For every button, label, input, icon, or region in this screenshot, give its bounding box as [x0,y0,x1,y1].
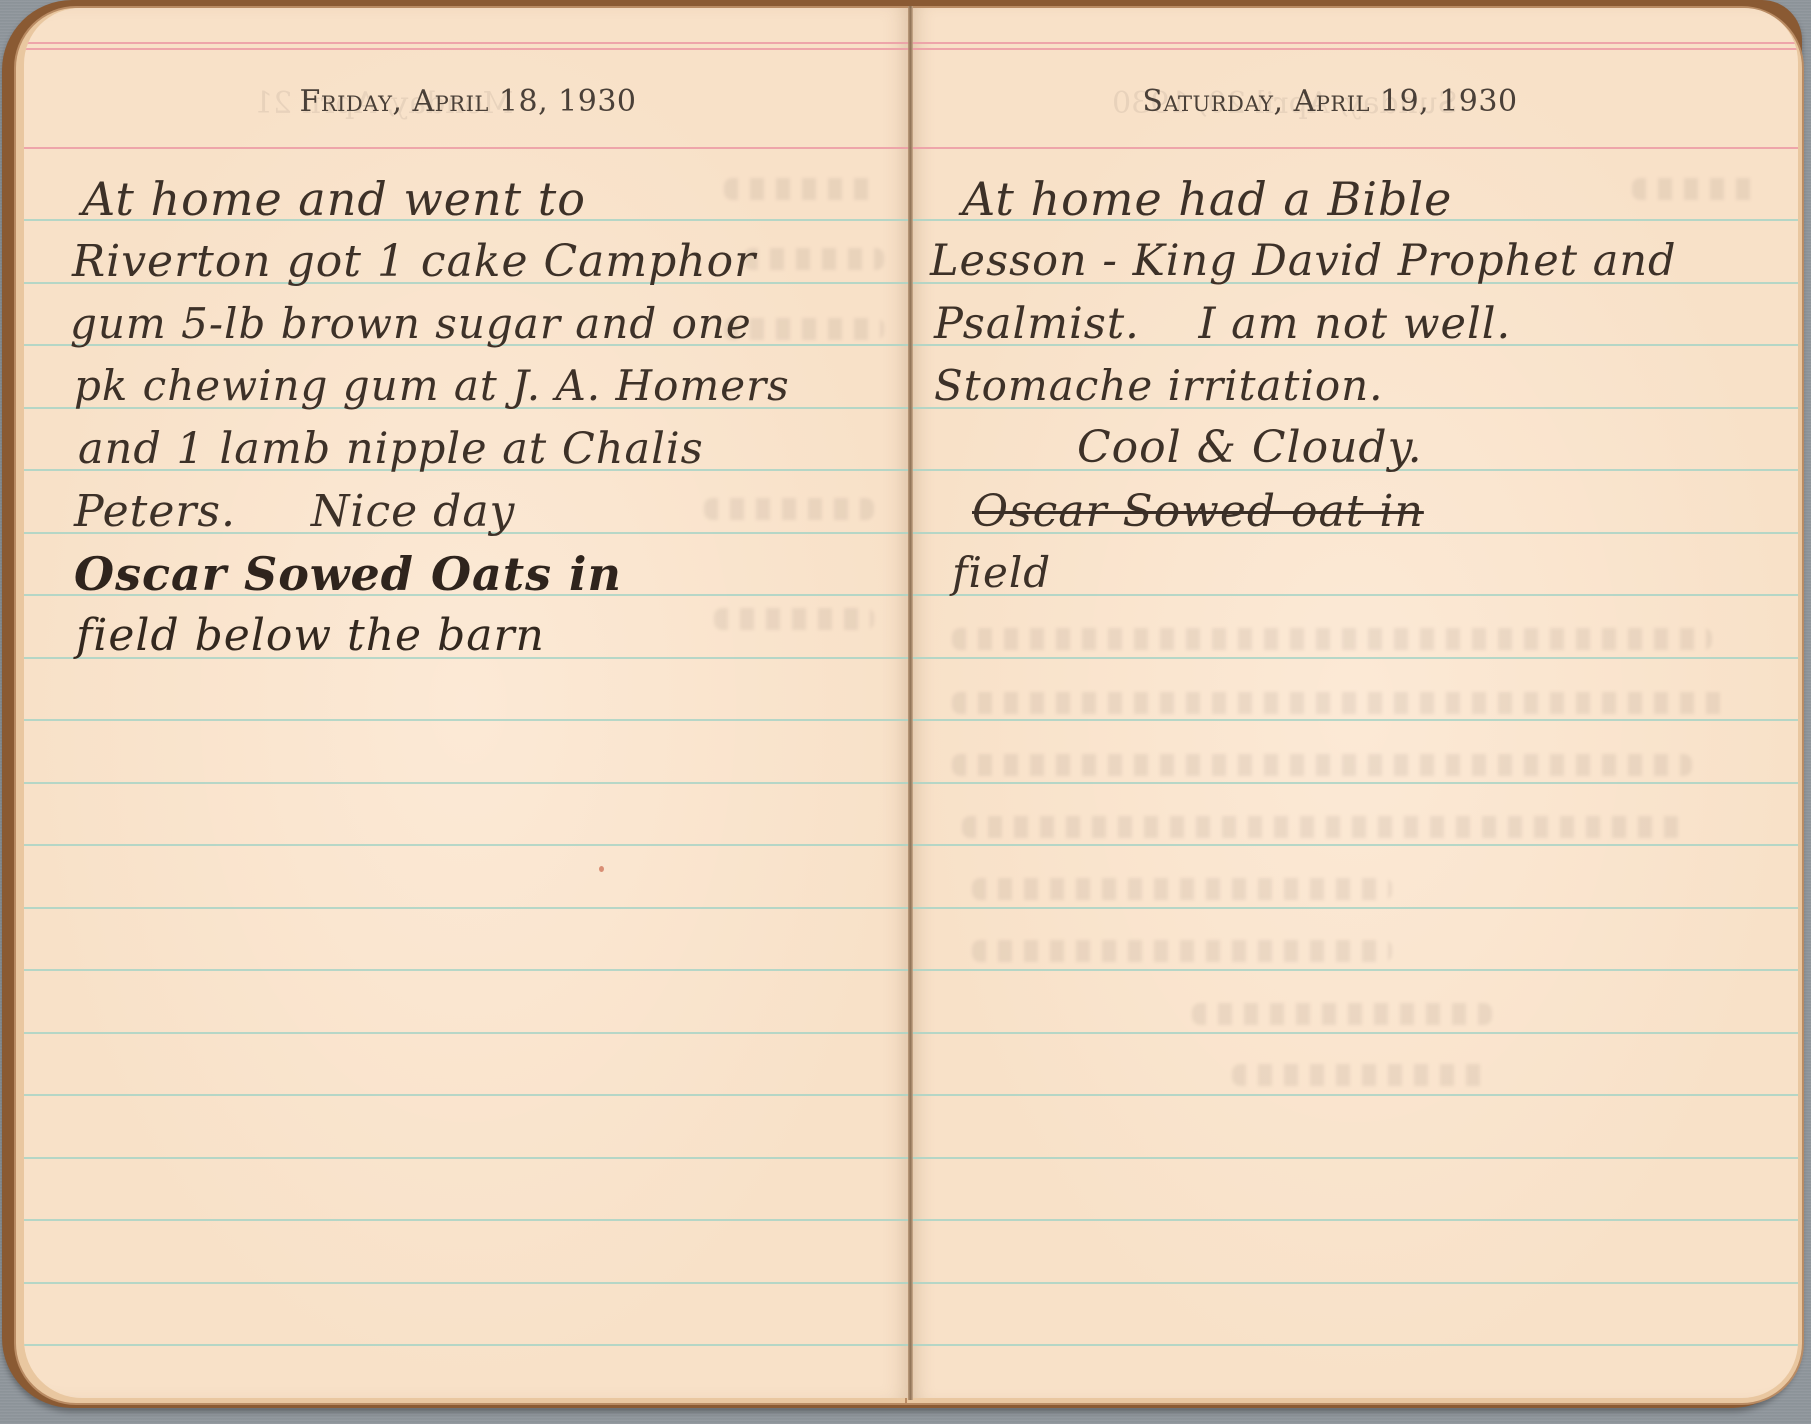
ruled-line [24,1157,912,1159]
ruled-line [24,1344,912,1346]
bleed-through-ink [1192,1003,1492,1025]
entry-line: and 1 lamb nipple at Chalis [78,428,704,471]
ruled-line [912,1282,1798,1284]
date-header: Saturday, April 19, 1930 [912,84,1748,119]
bleed-through-ink [1632,178,1762,200]
entry-line: Oscar Sowed Oats in [74,551,622,597]
top-double-rule-lower [24,48,912,50]
entry-line: Riverton got 1 cake Camphor [72,240,756,284]
ink-spot [599,866,604,872]
ruled-line [24,1282,912,1284]
bleed-through-ink [714,608,874,630]
entry-line: field [952,552,1051,594]
entry-line: Cool & Cloudy. [1077,426,1423,470]
ruled-line [24,782,912,784]
ruled-line [912,1032,1798,1034]
bleed-through-ink [744,248,884,270]
top-double-rule-upper [912,42,1798,44]
ruled-line [912,782,1798,784]
bleed-through-ink [972,878,1392,900]
struck-entry-line: Oscar Sowed oat in [972,490,1424,534]
bleed-through-ink [952,692,1732,714]
ruled-line [24,1219,912,1221]
entry-line: At home had a Bible [962,176,1452,222]
header-rule [912,147,1798,149]
top-double-rule-lower [912,48,1798,50]
ruled-line [912,719,1798,721]
book-spine-gutter [908,6,913,1400]
ruled-line [912,969,1798,971]
ruled-line [912,1219,1798,1221]
ruled-line [24,1032,912,1034]
ruled-line [912,1344,1798,1346]
bleed-through-ink [704,498,874,520]
entry-line: gum 5-lb brown sugar and one [70,303,752,345]
bleed-through-ink [1232,1064,1492,1086]
right-page: Sunday, April 20, 1930 Saturday, April 1… [912,8,1798,1398]
ruled-line [24,907,912,909]
ruled-line [912,907,1798,909]
bleed-through-ink [962,816,1682,838]
ruled-line [912,1157,1798,1159]
entry-line: Lesson - King David Prophet and [930,240,1677,283]
ruled-line [24,844,912,846]
ruled-line [24,969,912,971]
ruled-line [912,657,1798,659]
entry-line: pk chewing gum at J. A. Homers [74,365,790,407]
bleed-through-ink [724,178,874,200]
left-page: Monday, April 21 Friday, April 18, 1930 … [24,8,912,1398]
entry-line: Psalmist. I am not well. [934,303,1511,346]
top-double-rule-upper [24,42,912,44]
bleed-through-ink [952,628,1712,650]
bleed-through-ink [952,754,1692,776]
ruled-line [912,844,1798,846]
entry-line: Peters. Nice day [74,490,515,534]
header-rule [24,147,912,149]
entry-line: Stomache irritation. [934,365,1384,407]
bleed-through-ink [972,940,1392,962]
date-header: Friday, April 18, 1930 [24,84,912,119]
ruled-line [912,1094,1798,1096]
entry-line: field below the barn [76,614,545,658]
ruled-line [24,1094,912,1096]
ruled-line [24,719,912,721]
entry-line: At home and went to [82,176,586,222]
